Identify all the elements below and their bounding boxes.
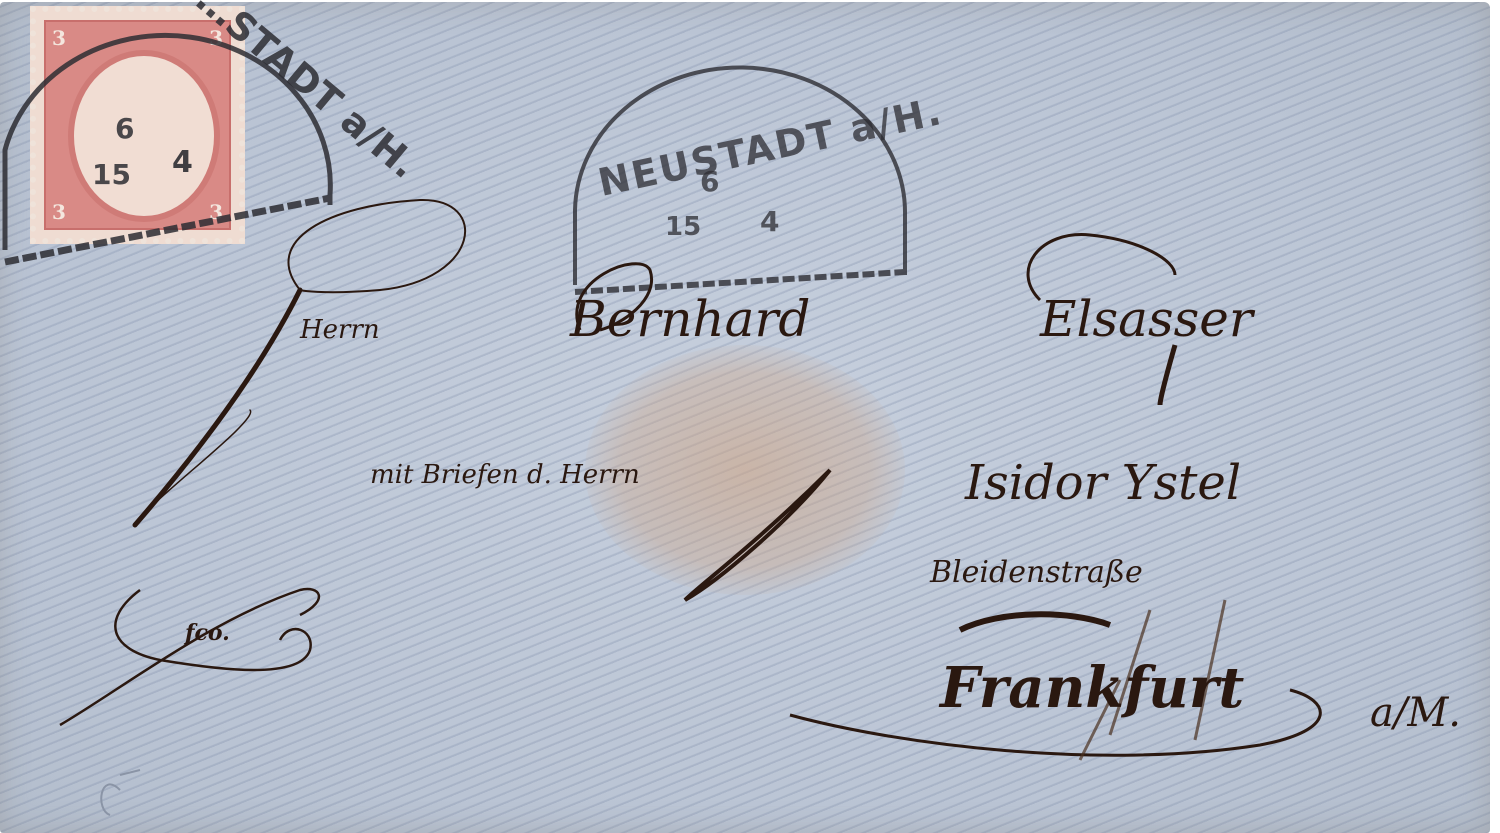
postmark-1-month: 4 xyxy=(172,145,193,180)
recipient-last-name: Elsasser xyxy=(1040,290,1253,348)
recipient-first-name: Bernhard xyxy=(570,290,810,348)
care-of-prefix: mit Briefen d. Herrn xyxy=(370,460,640,490)
pencil-mark xyxy=(101,770,140,815)
handwriting-strokes xyxy=(0,0,1500,833)
street: Bleidenstraße xyxy=(930,555,1143,590)
postmark-2-month: 4 xyxy=(760,205,779,238)
postmark-2-day: 6 xyxy=(700,165,719,198)
city: Frankfurt xyxy=(940,655,1244,721)
second-herrn-flourish xyxy=(685,470,830,600)
franco-flourish xyxy=(60,589,319,725)
postmark-1-day: 6 xyxy=(115,112,134,145)
postmark-1-date: 15 xyxy=(92,158,131,191)
franco-mark: fco. xyxy=(185,620,230,646)
care-of-name: Isidor Ystel xyxy=(965,455,1241,511)
postmark-2-date: 15 xyxy=(665,212,701,242)
salutation: Herrn xyxy=(300,315,380,345)
city-suffix: a/M. xyxy=(1370,690,1461,736)
